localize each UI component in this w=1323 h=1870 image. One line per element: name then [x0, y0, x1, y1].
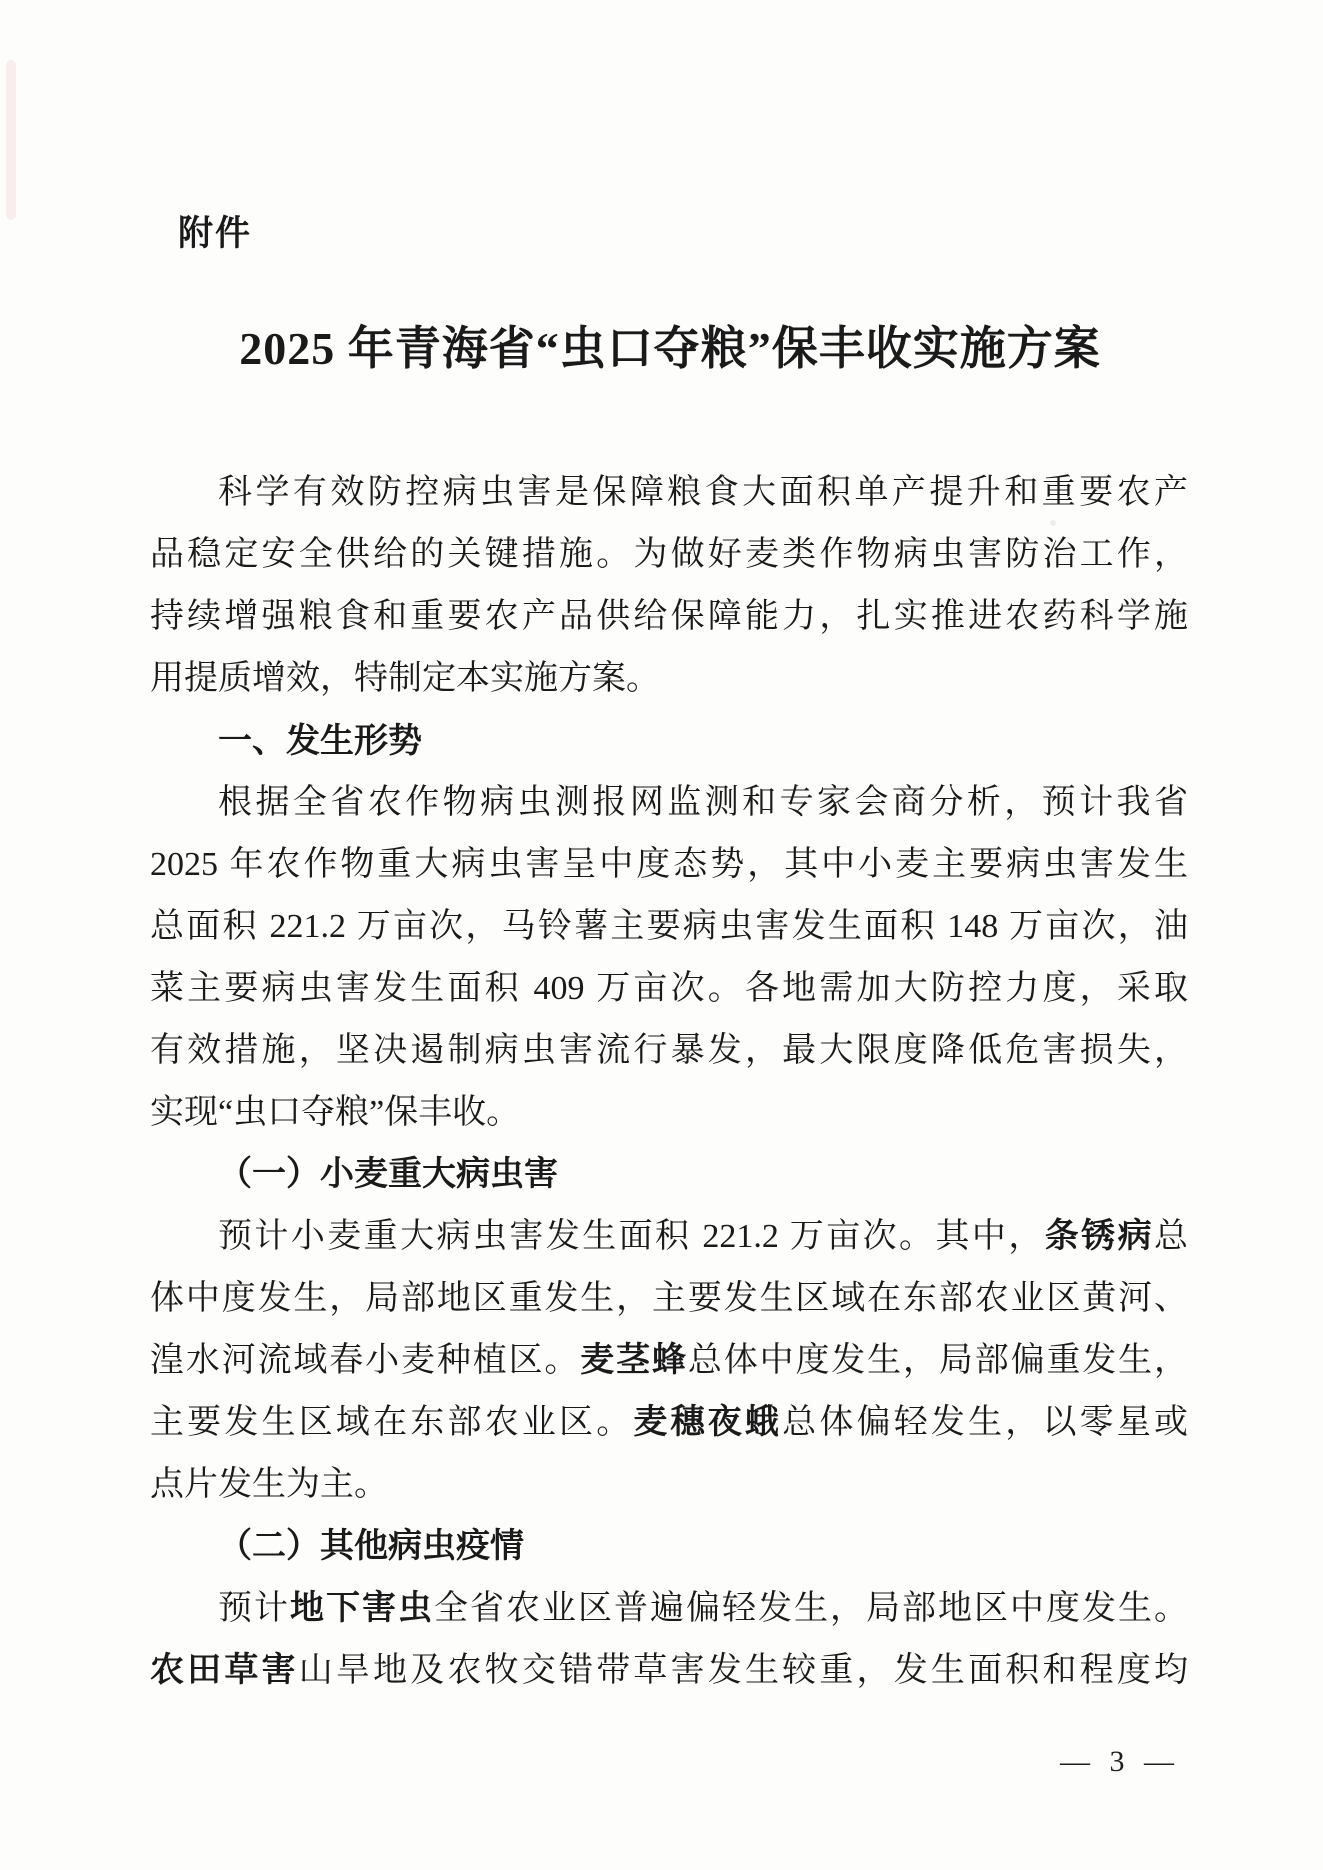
document-body: 科学有效防控病虫害是保障粮食大面积单产提升和重要农产 品稳定安全供给的关键措施。…	[150, 462, 1188, 1702]
page-number: — 3 —	[1060, 1745, 1180, 1779]
paragraph-line: 农田草害山旱地及农牧交错带草害发生较重，发生面积和程度均	[150, 1640, 1188, 1702]
paragraph-line: 体中度发生，局部地区重发生，主要发生区域在东部农业区黄河、	[150, 1268, 1188, 1330]
line-text: 总	[1154, 1218, 1188, 1255]
paragraph-line: 用提质增效，特制定本实施方案。	[150, 648, 1188, 710]
paragraph-line: 有效措施，坚决遏制病虫害流行暴发，最大限度降低危害损失，	[150, 1020, 1188, 1082]
paragraph-line: 品稳定安全供给的关键措施。为做好麦类作物病虫害防治工作，	[150, 524, 1188, 586]
document-title: 2025 年青海省“虫口夺粮”保丰收实施方案	[150, 322, 1190, 376]
paragraph-line: 点片发生为主。	[150, 1454, 1188, 1516]
paragraph-line: 实现“虫口夺粮”保丰收。	[150, 1082, 1188, 1144]
line-text: 全省农业区普遍偏轻发生，局部地区中度发生。	[434, 1590, 1188, 1627]
line-text: 山旱地及农牧交错带草害发生较重，发生面积和程度均	[299, 1652, 1188, 1689]
line-text: 预计小麦重大病虫害发生面积 221.2 万亩次。其中，	[218, 1218, 1045, 1255]
paragraph-line: 2025 年农作物重大病虫害呈中度态势，其中小麦主要病虫害发生	[150, 834, 1188, 896]
document-page: 附件 2025 年青海省“虫口夺粮”保丰收实施方案 科学有效防控病虫害是保障粮食…	[0, 0, 1323, 1870]
paragraph-line: 持续增强粮食和重要农产品供给保障能力，扎实推进农药科学施	[150, 586, 1188, 648]
paragraph-line: 科学有效防控病虫害是保障粮食大面积单产提升和重要农产	[150, 462, 1188, 524]
bold-term: 地下害虫	[290, 1590, 434, 1627]
bold-term: 麦茎蜂	[580, 1342, 688, 1379]
section-heading-3: （二）其他病虫疫情	[150, 1516, 1188, 1578]
line-text: 预计	[218, 1590, 290, 1627]
attachment-label: 附件	[178, 214, 252, 254]
section-heading-1: 一、发生形势	[150, 710, 1188, 772]
paragraph-line: 菜主要病虫害发生面积 409 万亩次。各地需加大防控力度，采取	[150, 958, 1188, 1020]
paragraph-line: 根据全省农作物病虫测报网监测和专家会商分析，预计我省	[150, 772, 1188, 834]
bold-term: 农田草害	[150, 1652, 299, 1689]
paragraph-line: 总面积 221.2 万亩次，马铃薯主要病虫害发生面积 148 万亩次，油	[150, 896, 1188, 958]
line-text: 总体偏轻发生，以零星或	[782, 1404, 1188, 1441]
bold-term: 麦穗夜蛾	[633, 1404, 782, 1441]
bold-term: 条锈病	[1045, 1218, 1154, 1255]
paragraph-line: 湟水河流域春小麦种植区。麦茎蜂总体中度发生，局部偏重发生，	[150, 1330, 1188, 1392]
section-heading-2: （一）小麦重大病虫害	[150, 1144, 1188, 1206]
line-text: 主要发生区域在东部农业区。	[150, 1404, 633, 1441]
line-text: 湟水河流域春小麦种植区。	[150, 1342, 580, 1379]
line-text: 总体中度发生，局部偏重发生，	[688, 1342, 1188, 1379]
paragraph-line: 预计地下害虫全省农业区普遍偏轻发生，局部地区中度发生。	[150, 1578, 1188, 1640]
paragraph-line: 主要发生区域在东部农业区。麦穗夜蛾总体偏轻发生，以零星或	[150, 1392, 1188, 1454]
paragraph-line: 预计小麦重大病虫害发生面积 221.2 万亩次。其中，条锈病总	[150, 1206, 1188, 1268]
scan-artifact	[6, 60, 16, 220]
